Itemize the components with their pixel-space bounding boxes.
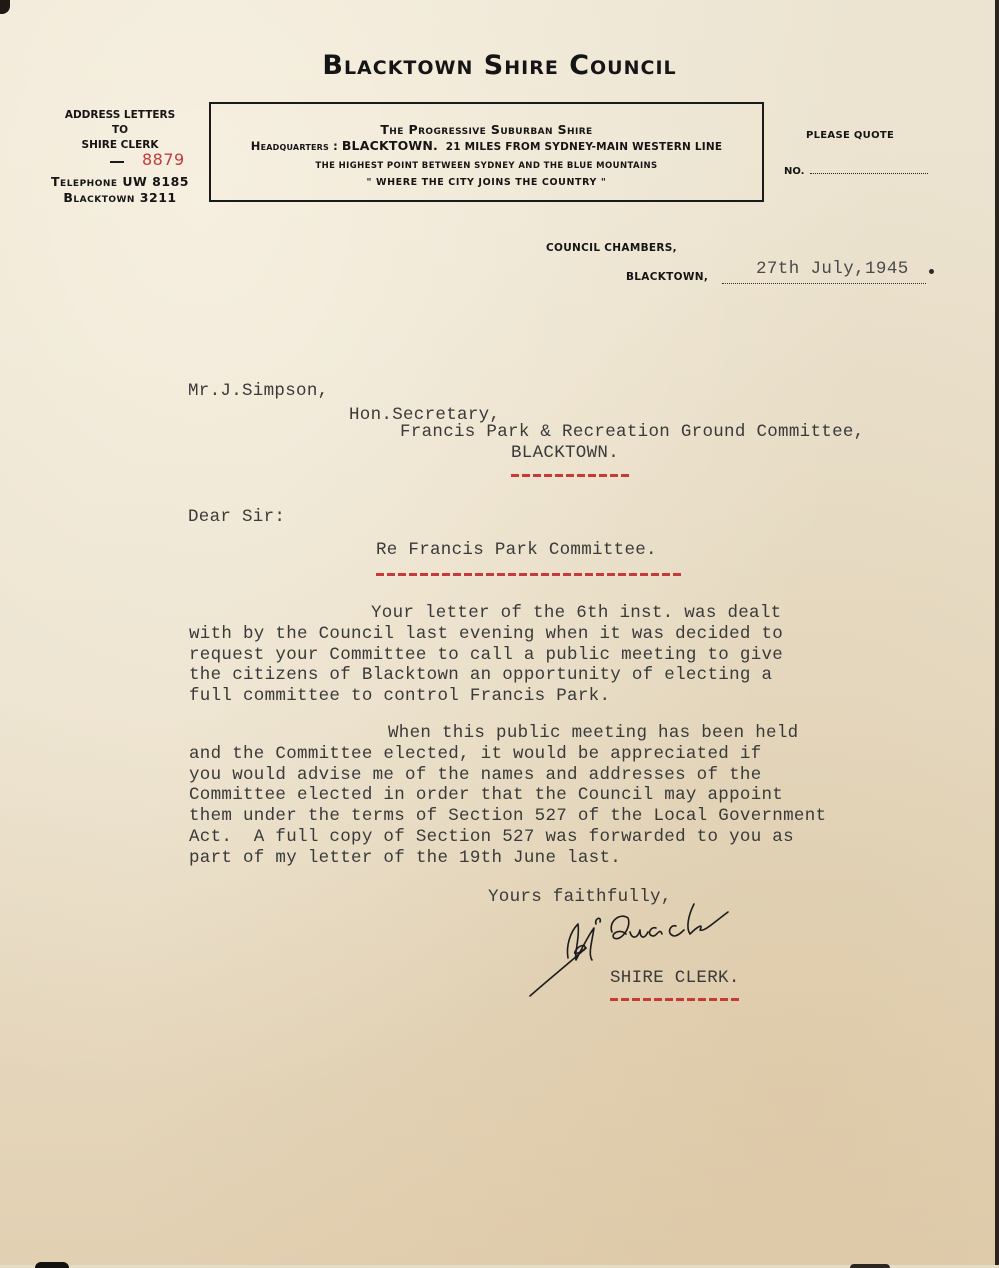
body-para2-line: and the Committee elected, it would be a…: [189, 744, 762, 764]
body-para2-line: When this public meeting has been held: [388, 723, 798, 743]
letterhead-box: The Progressive Suburban Shire Headquart…: [209, 102, 764, 202]
address-to-line: TO: [40, 123, 200, 138]
address-letters-line: ADDRESS LETTERS: [40, 108, 200, 123]
stamp-row: 8879: [40, 153, 200, 171]
body-para1-line: request your Committee to call a public …: [189, 645, 783, 665]
body-para2-line: Committee elected in order that the Coun…: [189, 785, 783, 805]
highest-point-line: THE HIGHEST POINT BETWEEN SYDNEY AND THE…: [211, 161, 762, 171]
place-label: BLACKTOWN,: [626, 271, 708, 283]
signatory-red-underline: [610, 998, 740, 1001]
body-para2-line: them under the terms of Section 527 of t…: [189, 806, 826, 826]
please-quote-label: PLEASE QUOTE: [806, 130, 894, 141]
letterhead-title: Blacktown Shire Council: [0, 50, 999, 81]
salutation: Dear Sir:: [188, 507, 285, 527]
body-para1-line: full committee to control Francis Park.: [189, 686, 610, 706]
reference-number-line: [810, 165, 928, 174]
headquarters-label: Headquarters :: [251, 139, 338, 153]
body-para1-line: the citizens of Blacktown an opportunity…: [189, 665, 772, 685]
subject-red-underline: [376, 573, 682, 576]
date-period: [929, 269, 934, 274]
dash-mark: [110, 161, 124, 163]
red-underline: [511, 474, 631, 477]
headquarters-distance: 21 MILES FROM SYDNEY-MAIN WESTERN LINE: [446, 141, 723, 153]
telephone-line: Telephone UW 8185: [40, 174, 200, 190]
date-underline: [722, 283, 926, 284]
handwritten-signature: [528, 898, 748, 1008]
body-para1-line: with by the Council last evening when it…: [189, 624, 783, 644]
ink-blot: [850, 1264, 890, 1268]
letter-date: 27th July,1945: [756, 259, 909, 279]
page-edge-shadow: [995, 0, 999, 1268]
subject-line: Re Francis Park Committee.: [376, 540, 657, 560]
body-para1-line: Your letter of the 6th inst. was dealt: [371, 603, 781, 623]
ink-blot: [35, 1262, 69, 1268]
signatory-title: SHIRE CLERK.: [610, 968, 740, 988]
recipient-town: BLACKTOWN.: [511, 443, 619, 463]
recipient-organisation: Francis Park & Recreation Ground Committ…: [400, 422, 864, 442]
headquarters-place: BLACKTOWN.: [342, 138, 438, 153]
body-para2-line: you would advise me of the names and add…: [189, 765, 762, 785]
council-chambers-label: COUNCIL CHAMBERS,: [546, 242, 677, 254]
recipient-name: Mr.J.Simpson,: [188, 381, 328, 401]
reference-number-field: NO.: [784, 165, 928, 177]
shire-motto: The Progressive Suburban Shire: [211, 122, 762, 137]
headquarters-line: Headquarters : BLACKTOWN. 21 MILES FROM …: [211, 138, 762, 153]
reference-number-label: NO.: [784, 166, 804, 177]
telephone-line-2: Blacktown 3211: [40, 190, 200, 206]
tagline: " WHERE THE CITY JOINS THE COUNTRY ": [211, 177, 762, 188]
body-para2-line: Act. A full copy of Section 527 was forw…: [189, 827, 794, 847]
stamp-number: 8879: [142, 152, 185, 167]
body-para2-line: part of my letter of the 19th June last.: [189, 848, 621, 868]
letterhead-address-block: ADDRESS LETTERS TO SHIRE CLERK 8879 Tele…: [40, 108, 200, 206]
corner-mark: [0, 0, 10, 14]
